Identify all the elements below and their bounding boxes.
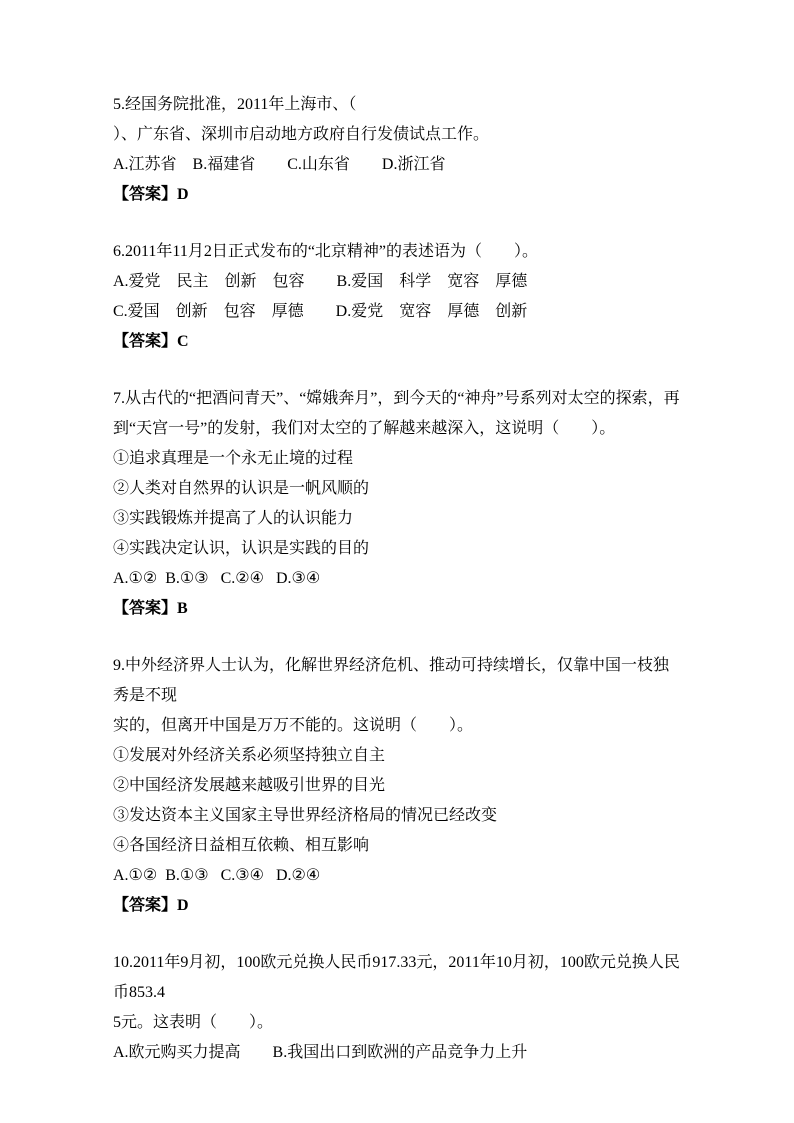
question-text-line: 7.从古代的“把酒问青天”、“嫦娥奔月”，到今天的“神舟”号系列对太空的探索，再 bbox=[113, 384, 684, 414]
question-text-line: 5.经国务院批准，2011年上海市、（ bbox=[113, 90, 684, 120]
statement-line: ①发展对外经济关系必须坚持独立自主 bbox=[113, 741, 684, 771]
document-page: 5.经国务院批准，2011年上海市、（）、广东省、深圳市启动地方政府自行发债试点… bbox=[0, 0, 794, 1123]
options-line: C.爱国 创新 包容 厚德 D.爱党 宽容 厚德 创新 bbox=[113, 297, 684, 327]
statement-line: ②中国经济发展越来越吸引世界的目光 bbox=[113, 771, 684, 801]
answer-label: 【答案】 bbox=[113, 600, 177, 617]
question-text-line: 9.中外经济界人士认为，化解世界经济危机、推动可持续增长，仅靠中国一枝独秀是不现 bbox=[113, 651, 684, 711]
answer-line: 【答案】D bbox=[113, 180, 684, 210]
question-block-5: 5.经国务院批准，2011年上海市、（）、广东省、深圳市启动地方政府自行发债试点… bbox=[113, 90, 684, 210]
question-block-6: 6.2011年11月2日正式发布的“北京精神”的表述语为（ ）。A.爱党 民主 … bbox=[113, 237, 684, 357]
answer-value: D bbox=[177, 897, 189, 914]
question-list: 5.经国务院批准，2011年上海市、（）、广东省、深圳市启动地方政府自行发债试点… bbox=[113, 90, 684, 1068]
question-text-line: 实的，但离开中国是万万不能的。这说明（ ）。 bbox=[113, 711, 684, 741]
answer-value: D bbox=[177, 186, 189, 203]
answer-line: 【答案】D bbox=[113, 891, 684, 921]
question-text-line: 5元。这表明（ ）。 bbox=[113, 1008, 684, 1038]
options-line: A.①② B.①③ C.③④ D.②④ bbox=[113, 861, 684, 891]
options-line: A.欧元购买力提高 B.我国出口到欧洲的产品竞争力上升 bbox=[113, 1038, 684, 1068]
question-text-line: 6.2011年11月2日正式发布的“北京精神”的表述语为（ ）。 bbox=[113, 237, 684, 267]
statement-line: ③发达资本主义国家主导世界经济格局的情况已经改变 bbox=[113, 801, 684, 831]
statement-line: ①追求真理是一个永无止境的过程 bbox=[113, 444, 684, 474]
answer-line: 【答案】C bbox=[113, 327, 684, 357]
answer-value: C bbox=[177, 333, 189, 350]
question-block-10: 10.2011年9月初，100欧元兑换人民币917.33元，2011年10月初，… bbox=[113, 948, 684, 1068]
options-line: A.江苏省 B.福建省 C.山东省 D.浙江省 bbox=[113, 150, 684, 180]
options-line: A.爱党 民主 创新 包容 B.爱国 科学 宽容 厚德 bbox=[113, 267, 684, 297]
statement-line: ④各国经济日益相互依赖、相互影响 bbox=[113, 831, 684, 861]
options-line: A.①② B.①③ C.②④ D.③④ bbox=[113, 564, 684, 594]
question-text-line: 到“天宫一号”的发射，我们对太空的了解越来越深入，这说明（ ）。 bbox=[113, 414, 684, 444]
statement-line: ④实践决定认识，认识是实践的目的 bbox=[113, 534, 684, 564]
answer-label: 【答案】 bbox=[113, 897, 177, 914]
statement-line: ②人类对自然界的认识是一帆风顺的 bbox=[113, 474, 684, 504]
answer-label: 【答案】 bbox=[113, 333, 177, 350]
question-text-line: 10.2011年9月初，100欧元兑换人民币917.33元，2011年10月初，… bbox=[113, 948, 684, 1008]
answer-value: B bbox=[177, 600, 188, 617]
answer-line: 【答案】B bbox=[113, 594, 684, 624]
question-block-9: 9.中外经济界人士认为，化解世界经济危机、推动可持续增长，仅靠中国一枝独秀是不现… bbox=[113, 651, 684, 921]
answer-label: 【答案】 bbox=[113, 186, 177, 203]
question-text-line: ）、广东省、深圳市启动地方政府自行发债试点工作。 bbox=[113, 120, 684, 150]
statement-line: ③实践锻炼并提高了人的认识能力 bbox=[113, 504, 684, 534]
question-block-7: 7.从古代的“把酒问青天”、“嫦娥奔月”，到今天的“神舟”号系列对太空的探索，再… bbox=[113, 384, 684, 624]
